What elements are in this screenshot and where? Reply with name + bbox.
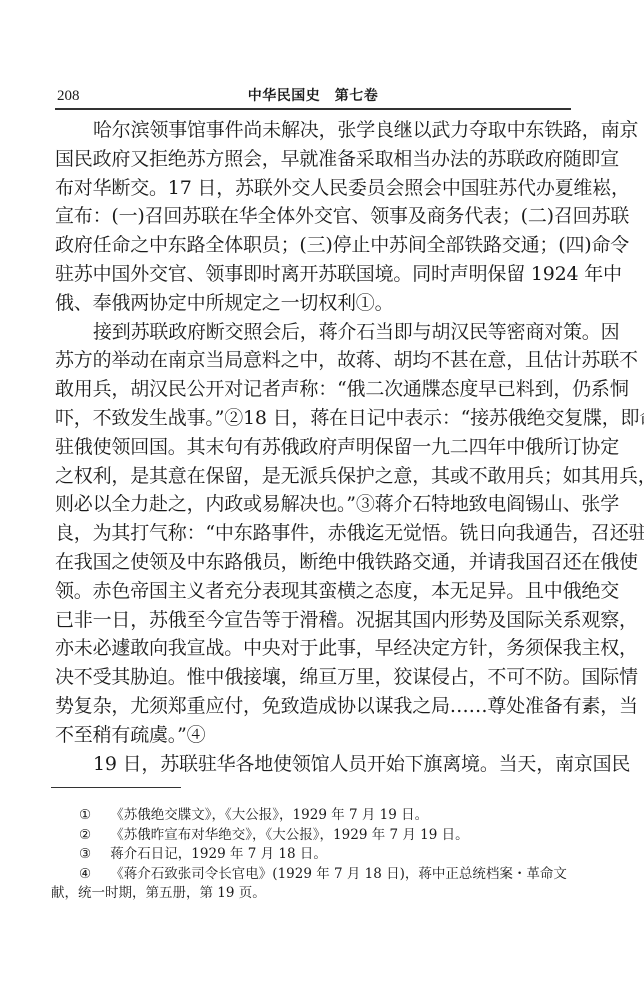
footnote-text: 蒋介石日记，1929 年 7 月 18 日。 <box>110 846 327 862</box>
page-header: 208 中华民国史 第七卷 <box>55 86 571 110</box>
text-line: 苏方的举动在南京当局意料之中，故蒋、胡均不甚在意，且估计苏联不 <box>55 346 571 375</box>
text-line: 已非一日，苏俄至今宣告等于滑稽。况据其国内形势及国际关系观察， <box>55 606 571 635</box>
footnote-mark: ④ <box>51 865 106 885</box>
text-line: 驻苏中国外交官、领事即时离开苏联国境。同时声明保留 1924 年中 <box>55 260 571 289</box>
running-title: 中华民国史 第七卷 <box>55 86 571 106</box>
text-line: 吓，不致发生战事。”②18 日，蒋在日记中表示：“接苏俄绝交复牒，即命 <box>55 404 571 433</box>
footnote-text: 《苏俄昨宣布对华绝交》，《大公报》，1929 年 7 月 19 日。 <box>110 827 468 843</box>
footnote-4-continuation: 献，统一时期，第五册，第 19 页。 <box>51 884 571 904</box>
footnote-4: ④ 《蒋介石致张司令长官电》(1929 年 7 月 18 日)，蒋中正总统档案・… <box>51 865 571 885</box>
footnote-mark: ③ <box>51 845 106 865</box>
text-line: 哈尔滨领事馆事件尚未解决，张学良继以武力夺取中东铁路，南京 <box>55 116 571 145</box>
text-line: 亦未必遽敢向我宣战。中央对于此事，早经决定方针，务须保我主权， <box>55 634 571 663</box>
text-line: 俄、奉俄两协定中所规定之一切权利①。 <box>55 289 571 318</box>
text-line: 领。赤色帝国主义者充分表现其蛮横之态度，本无足异。且中俄绝交 <box>55 577 571 606</box>
text-line: 之权利，是其意在保留，是无派兵保护之意，其或不敢用兵；如其用兵， <box>55 462 571 491</box>
footnotes: ① 《苏俄绝交牒文》，《大公报》，1929 年 7 月 19 日。 ② 《苏俄昨… <box>51 806 571 904</box>
text-line: 国民政府又拒绝苏方照会，早就准备采取相当办法的苏联政府随即宣 <box>55 145 571 174</box>
footnote-1: ① 《苏俄绝交牒文》，《大公报》，1929 年 7 月 19 日。 <box>51 806 571 826</box>
footnote-3: ③ 蒋介石日记，1929 年 7 月 18 日。 <box>51 845 571 865</box>
text-line: 敢用兵，胡汉民公开对记者声称：“俄二次通牒态度早已料到，仍系恫 <box>55 375 571 404</box>
text-line: 政府任命之中东路全体职员；(三)停止中苏间全部铁路交通；(四)命令 <box>55 231 571 260</box>
footnote-divider <box>51 787 181 788</box>
text-line: 良，为其打气称：“中东路事件，赤俄迄无觉悟。铣日向我通告，召还驻 <box>55 519 571 548</box>
text-line: 19 日，苏联驻华各地使领馆人员开始下旗离境。当天，南京国民 <box>55 750 571 779</box>
body-text: 哈尔滨领事馆事件尚未解决，张学良继以武力夺取中东铁路，南京 国民政府又拒绝苏方照… <box>55 116 571 778</box>
text-line: 布对华断交。17 日，苏联外交人民委员会照会中国驻苏代办夏维崧， <box>55 174 571 203</box>
footnote-mark: ② <box>51 826 106 846</box>
text-line: 在我国之使领及中东路俄员，断绝中俄铁路交通，并请我国召还在俄使 <box>55 548 571 577</box>
text-line: 决不受其胁迫。惟中俄接壤，绵亘万里，狡谋侵占，不可不防。国际情 <box>55 663 571 692</box>
footnote-text: 《蒋介石致张司令长官电》(1929 年 7 月 18 日)，蒋中正总统档案・革命… <box>110 866 567 882</box>
text-line: 不至稍有疏虞。”④ <box>55 721 571 750</box>
footnote-mark: ① <box>51 806 106 826</box>
text-line: 驻俄使领回国。其末句有苏俄政府声明保留一九二四年中俄所订协定 <box>55 433 571 462</box>
text-line: 接到苏联政府断交照会后，蒋介石当即与胡汉民等密商对策。因 <box>55 318 571 347</box>
book-page: 208 中华民国史 第七卷 哈尔滨领事馆事件尚未解决，张学良继以武力夺取中东铁路… <box>0 0 644 1000</box>
text-line: 宣布：(一)召回苏联在华全体外交官、领事及商务代表；(二)召回苏联 <box>55 202 571 231</box>
footnote-2: ② 《苏俄昨宣布对华绝交》，《大公报》，1929 年 7 月 19 日。 <box>51 826 571 846</box>
text-line: 势复杂，尤须郑重应付，免致造成协以谋我之局……尊处准备有素，当 <box>55 692 571 721</box>
text-line: 则必以全力赴之，内政或易解决也。”③蒋介石特地致电阎锡山、张学 <box>55 490 571 519</box>
footnote-text: 《苏俄绝交牒文》，《大公报》，1929 年 7 月 19 日。 <box>110 807 428 823</box>
